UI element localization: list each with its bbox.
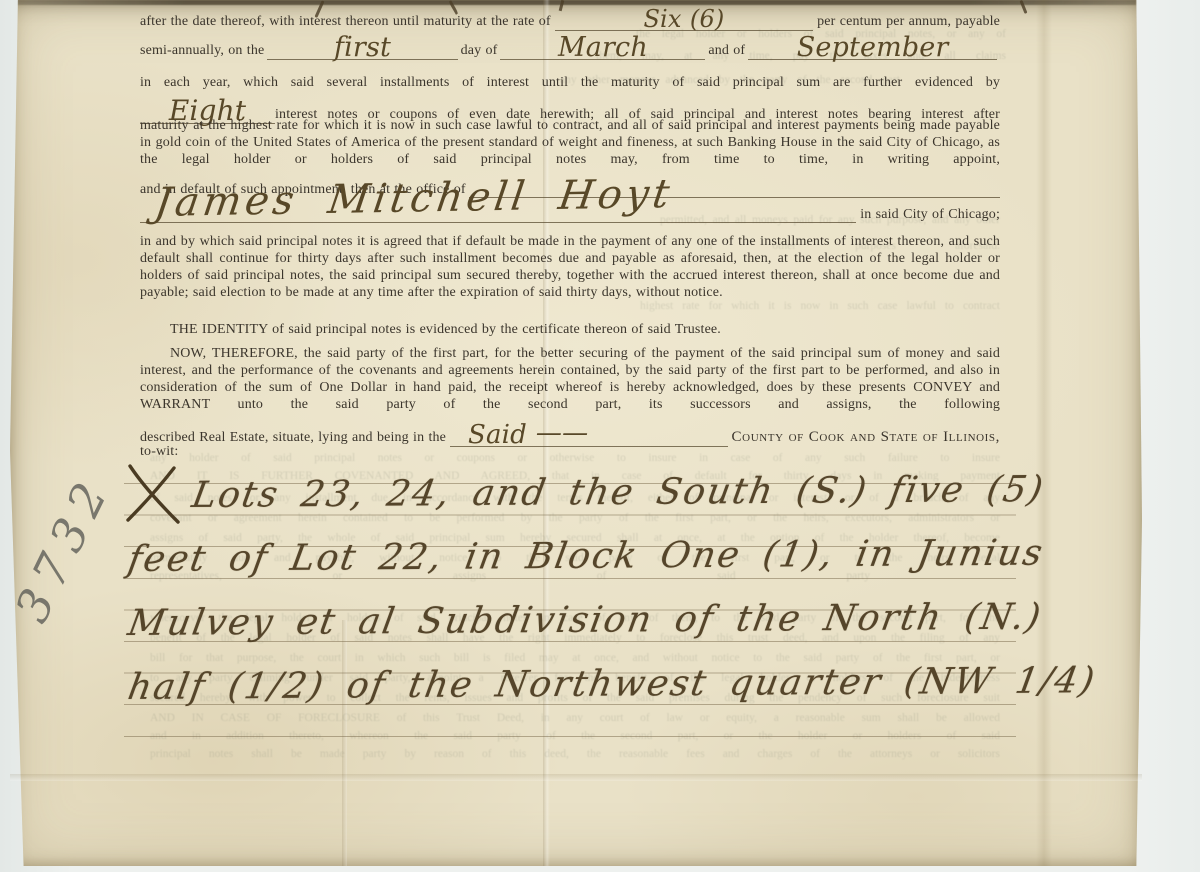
city-text: in said City of Chicago; — [860, 206, 1000, 223]
office-name-handwritten: James Mitchell Hoyt — [152, 171, 676, 226]
day-handwritten: first — [334, 32, 391, 63]
description-line-4: half (1/2) of the Northwest quarter (NW … — [124, 655, 1100, 714]
line-real-estate: described Real Estate, situate, lying an… — [140, 423, 1000, 447]
to-wit-label: to-wit: — [140, 443, 178, 460]
para-default: in and by which said principal notes it … — [140, 233, 1000, 301]
month2-handwritten: September — [797, 32, 949, 63]
month1-fill-blank: March — [500, 36, 705, 60]
line-interest-rate: after the date thereof, with interest th… — [140, 7, 1000, 31]
county-fill-flourish: —— — [527, 418, 588, 448]
semi-line-mid2: and of — [708, 42, 745, 59]
county-state-text: County of Cook and State of Illinois, — [732, 429, 1000, 446]
month1-handwritten: March — [558, 32, 648, 63]
rate-fill-blank: Six (6) — [555, 7, 813, 31]
day-fill-blank: first — [267, 36, 457, 60]
month2-fill-blank: September — [748, 36, 997, 60]
description-line-3: Mulvey et al Subdivision of the North (N… — [124, 592, 1046, 650]
rate-line-post: per centum per annum, payable — [817, 13, 1000, 30]
paper-top-edge — [18, 0, 1136, 5]
line-semiannual-dates: semi-annually, on the first day of March… — [140, 36, 1000, 60]
description-line-2: feet of Lot 22, in Block One (1), in Jun… — [124, 528, 1048, 586]
semi-line-pre: semi-annually, on the — [140, 42, 264, 59]
description-line-1: Lots 23, 24, and the South (S.) five (5) — [188, 464, 1049, 522]
rate-handwritten: Six (6) — [643, 5, 724, 33]
realestate-pre: described Real Estate, situate, lying an… — [140, 429, 446, 446]
para-identity: THE IDENTITY of said principal notes is … — [140, 321, 1000, 338]
scanned-document: the legal holder or holders of said prin… — [0, 0, 1200, 872]
county-fill-blank: Said —— — [450, 423, 728, 447]
semi-line-mid1: day of — [461, 42, 498, 59]
rate-line-pre: after the date thereof, with interest th… — [140, 13, 551, 30]
para-installments-text: in each year, which said several install… — [140, 75, 1000, 90]
para-now-therefore: NOW, THEREFORE, the said party of the fi… — [140, 345, 1000, 413]
para-maturity: maturity at the highest rate for which i… — [140, 117, 1000, 168]
para-installments: in each year, which said several install… — [140, 74, 1000, 91]
para-maturity-text: maturity at the highest rate for which i… — [140, 118, 1000, 167]
county-fill-handwritten: Said — [468, 420, 527, 450]
para-default-text: in and by which said principal notes it … — [140, 234, 1000, 300]
para-now-therefore-text: NOW, THEREFORE, the said party of the fi… — [140, 346, 1000, 412]
